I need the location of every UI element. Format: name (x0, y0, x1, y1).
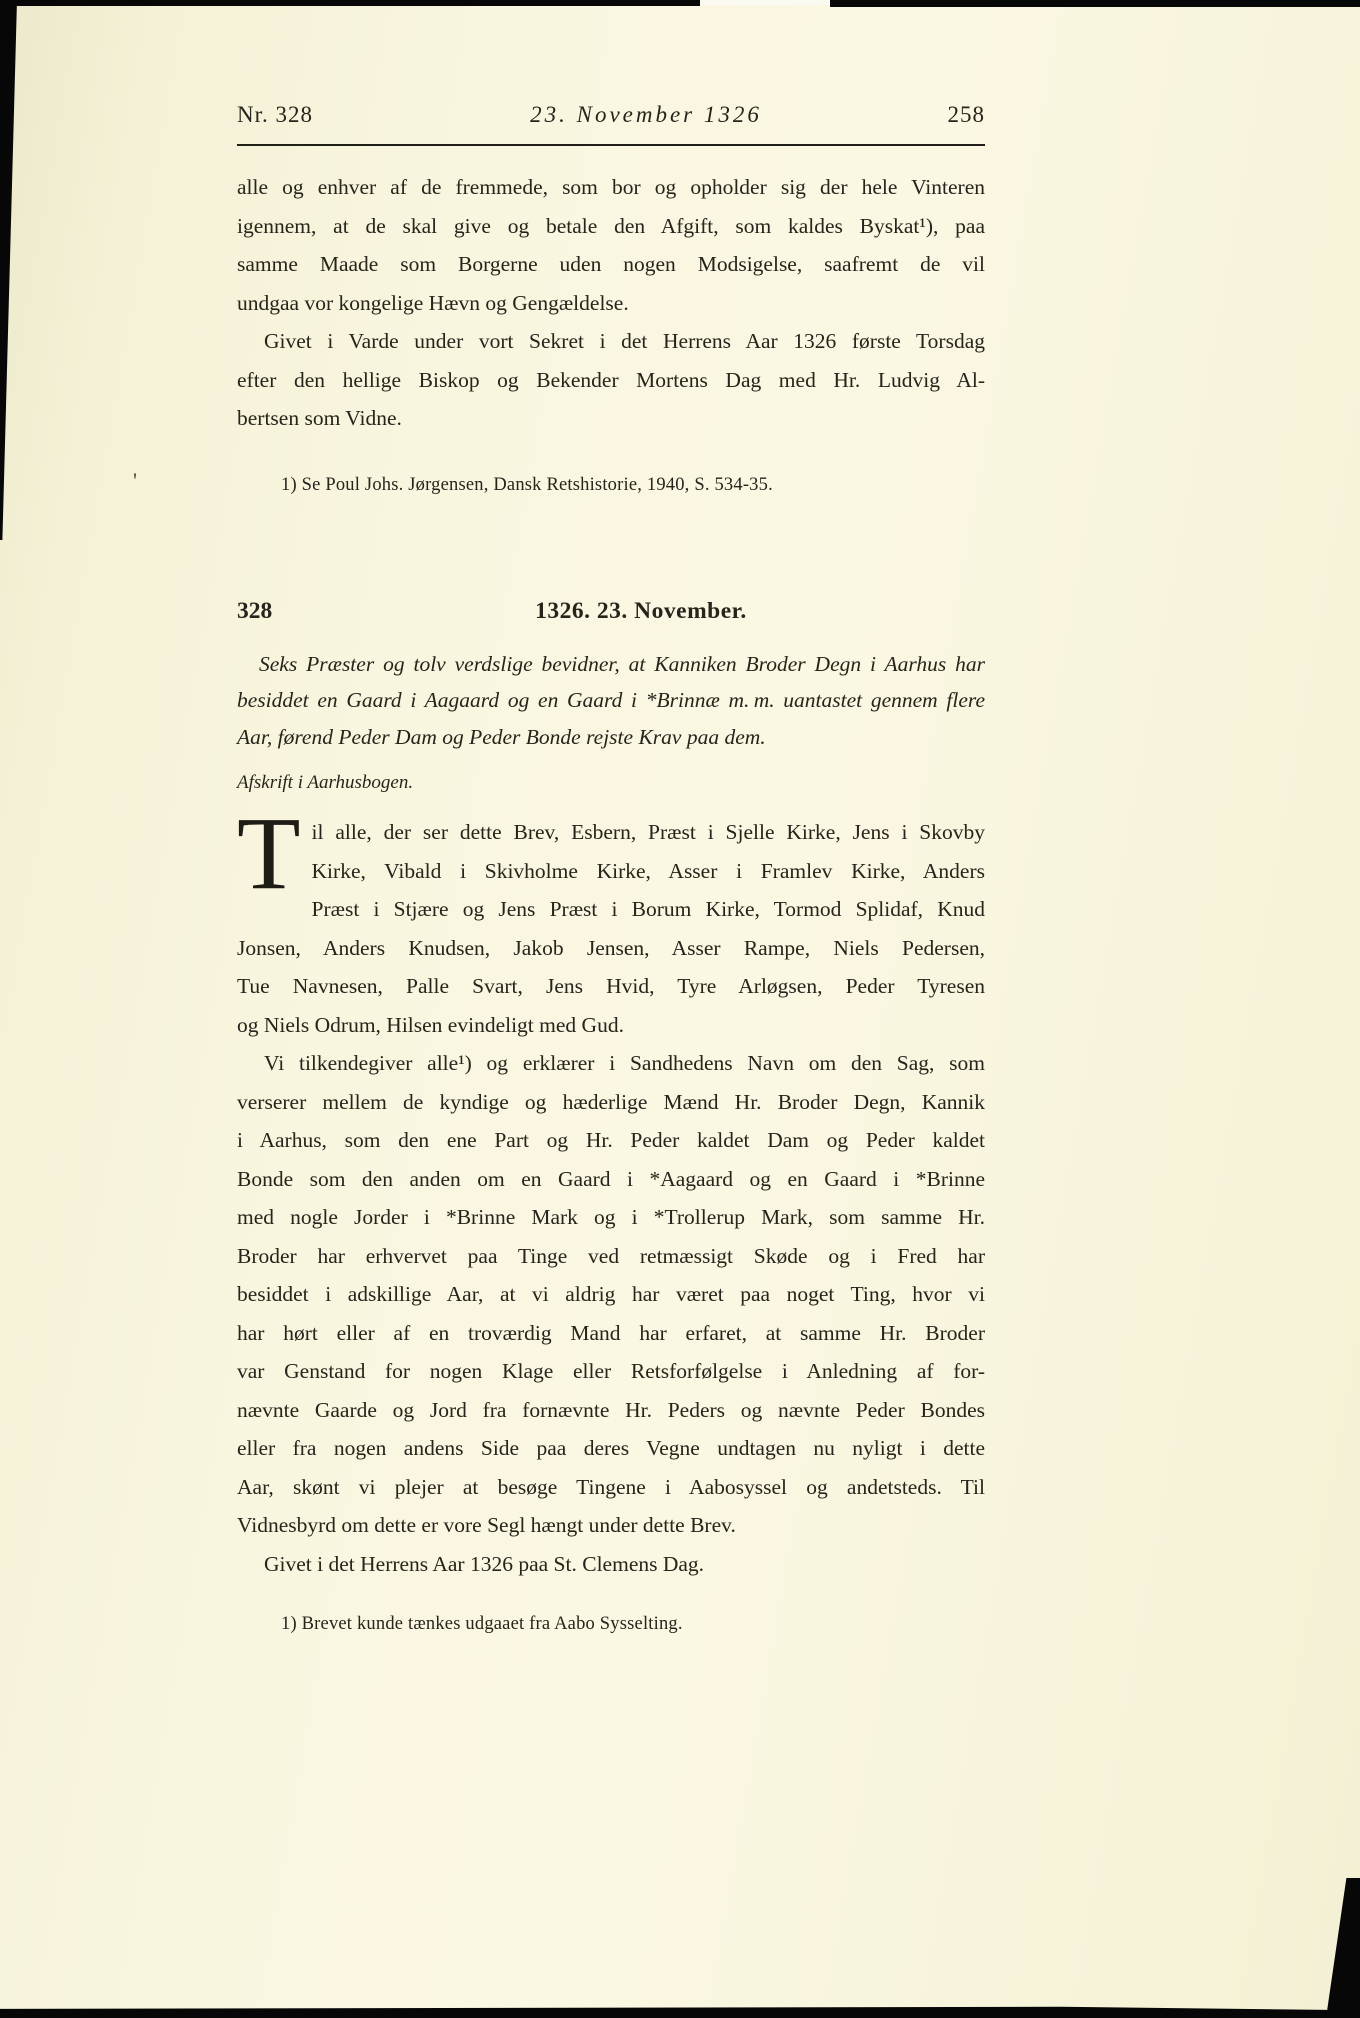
text-line: og Niels Odrum, Hilsen evindeligt med Gu… (237, 1006, 985, 1045)
text-line: Vi tilkendegiver alle¹) og erklærer i Sa… (237, 1044, 985, 1083)
text-line: undgaa vor kongelige Hævn og Gengældelse… (237, 284, 985, 323)
text-line: efter den hellige Biskop og Bekender Mor… (237, 361, 985, 400)
text-line: Præst i Stjære og Jens Præst i Borum Kir… (237, 890, 985, 929)
text-line: Kirke, Vibald i Skivholme Kirke, Asser i… (237, 852, 985, 891)
footnote-entry-327: 1) Se Poul Johs. Jørgensen, Dansk Retshi… (237, 472, 985, 498)
entry-328-body-paragraph-1: T il alle, der ser dette Brev, Esbern, P… (237, 813, 985, 1044)
text-line: il alle, der ser dette Brev, Esbern, Præ… (237, 813, 985, 852)
text-line: har hørt eller af en troværdig Mand har … (237, 1314, 985, 1353)
entry-328-source-note: Afskrift i Aarhusbogen. (237, 771, 985, 795)
scan-edge-bottom-right (1326, 1878, 1360, 2018)
entry-date-heading: 1326. 23. November. (427, 594, 985, 628)
scanned-page: ' Nr. 328 23. November 1326 258 alle og … (0, 0, 1360, 2018)
text-line: Vidnesbyrd om dette er vore Segl hængt u… (237, 1506, 985, 1545)
text-line: verserer mellem de kyndige og hæderlige … (237, 1083, 985, 1122)
text-line: Seks Præster og tolv verdslige bevidner,… (237, 646, 985, 683)
entry-328-summary: Seks Præster og tolv verdslige bevidner,… (237, 646, 985, 756)
scan-edge-bottom (0, 2004, 1360, 2018)
text-line: Bonde som den anden om en Gaard i *Aagaa… (237, 1160, 985, 1199)
entry-328-body-paragraph-3: Givet i det Herrens Aar 1326 paa St. Cle… (237, 1545, 985, 1584)
text-line: Givet i Varde under vort Sekret i det He… (237, 322, 985, 361)
stray-scan-mark: ' (133, 468, 137, 494)
text-line: bertsen som Vidne. (237, 399, 985, 438)
drop-cap: T (237, 816, 301, 892)
text-line: eller fra nogen andens Side paa deres Ve… (237, 1429, 985, 1468)
entry-number: 328 (237, 594, 427, 628)
text-line: i Aarhus, som den ene Part og Hr. Peder … (237, 1121, 985, 1160)
text-line: besiddet i adskillige Aar, at vi aldrig … (237, 1275, 985, 1314)
scan-edge-top-right (830, 0, 1360, 7)
header-date: 23. November 1326 (427, 102, 865, 128)
text-column: Nr. 328 23. November 1326 258 alle og en… (237, 0, 985, 1637)
scan-edge-top-gap (700, 0, 830, 5)
text-line: Aar, skønt vi plejer at besøge Tingene i… (237, 1468, 985, 1507)
scan-edge-left (0, 0, 17, 540)
text-line: igennem, at de skal give og betale den A… (237, 207, 985, 246)
header-rule (237, 144, 985, 146)
text-line: var Genstand for nogen Klage eller Retsf… (237, 1352, 985, 1391)
text-line: med nogle Jorder i *Brinne Mark og i *Tr… (237, 1198, 985, 1237)
text-line: Jonsen, Anders Knudsen, Jakob Jensen, As… (237, 929, 985, 968)
page-number: 258 (865, 102, 985, 128)
text-line: Givet i det Herrens Aar 1326 paa St. Cle… (237, 1545, 985, 1584)
entry-328-body-paragraph-2: Vi tilkendegiver alle¹) og erklærer i Sa… (237, 1044, 985, 1545)
text-line: Aar, førend Peder Dam og Peder Bonde rej… (237, 719, 985, 756)
text-line: Tue Navnesen, Palle Svart, Jens Hvid, Ty… (237, 967, 985, 1006)
running-header: Nr. 328 23. November 1326 258 (237, 102, 985, 134)
text-line: alle og enhver af de fremmede, som bor o… (237, 168, 985, 207)
text-line: besiddet en Gaard i Aagaard og en Gaard … (237, 682, 985, 719)
entry-328-heading: 328 1326. 23. November. (237, 594, 985, 628)
text-line: samme Maade som Borgerne uden nogen Mods… (237, 245, 985, 284)
footnote-entry-328: 1) Brevet kunde tænkes udgaaet fra Aabo … (237, 1611, 985, 1637)
text-line: nævnte Gaarde og Jord fra fornævnte Hr. … (237, 1391, 985, 1430)
drop-cap-paragraph-lines: il alle, der ser dette Brev, Esbern, Præ… (237, 813, 985, 1044)
scan-edge-top-left (0, 0, 700, 6)
entry-327-paragraph-2: Givet i Varde under vort Sekret i det He… (237, 322, 985, 438)
text-line: Broder har erhvervet paa Tinge ved retmæ… (237, 1237, 985, 1276)
entry-327-paragraph-1: alle og enhver af de fremmede, som bor o… (237, 168, 985, 322)
header-entry-number: Nr. 328 (237, 102, 427, 128)
